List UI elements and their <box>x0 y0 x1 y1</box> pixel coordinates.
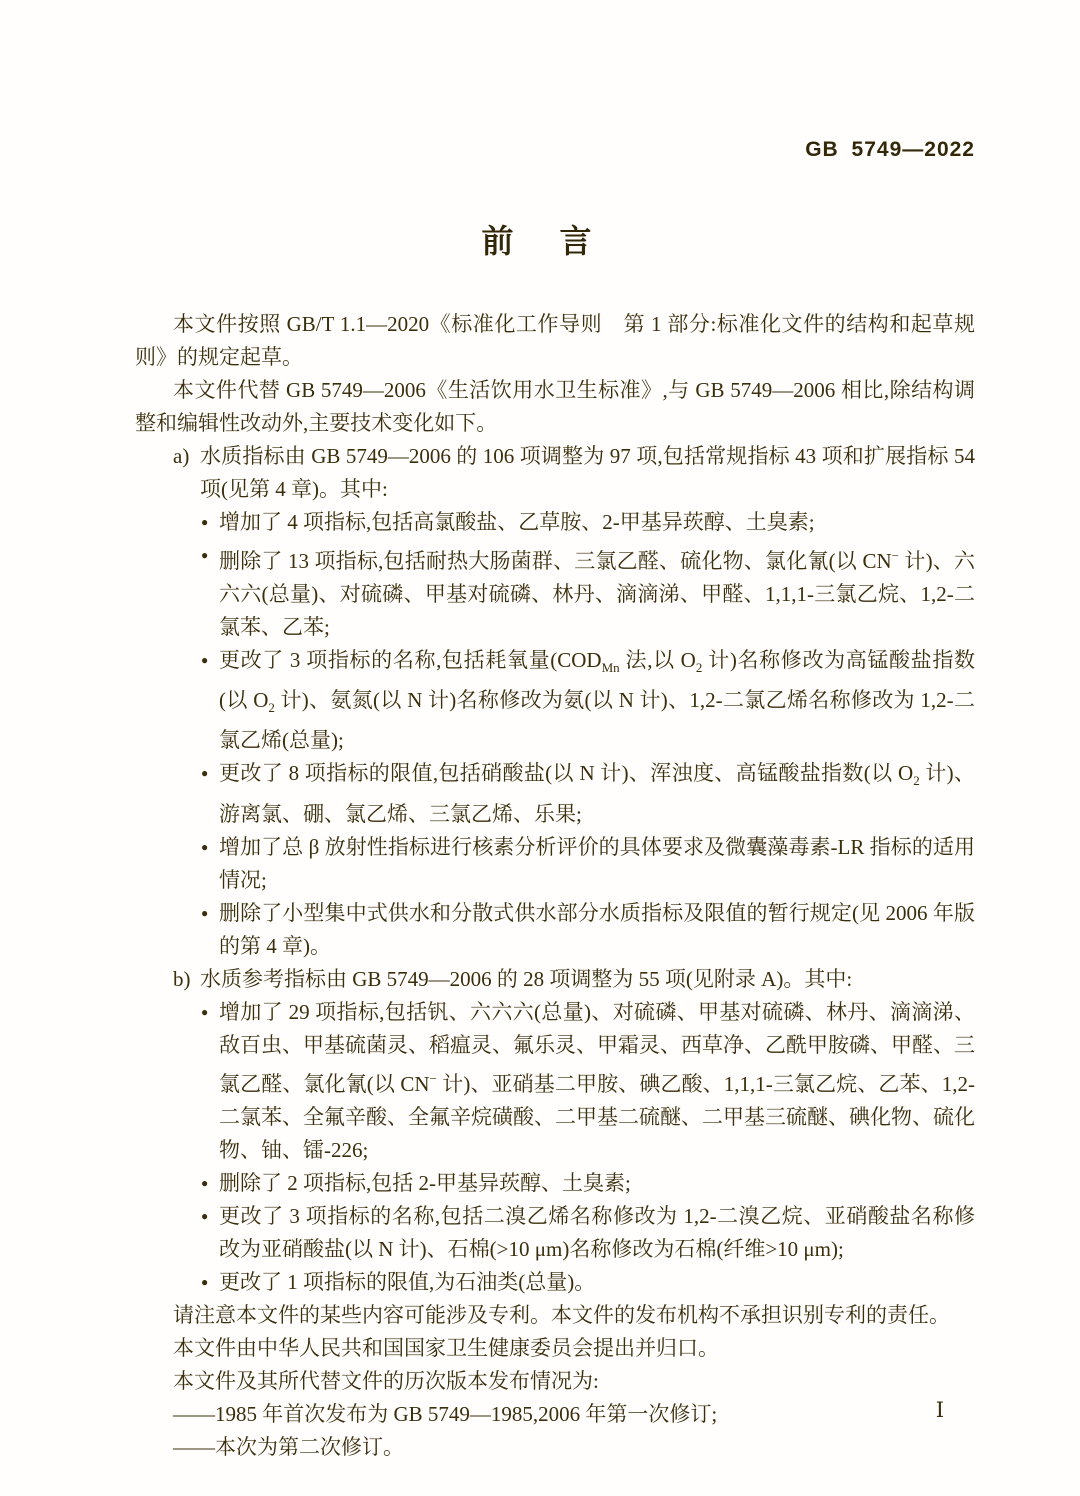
list-marker: b) <box>173 963 191 996</box>
bullet-icon: ● <box>201 1200 208 1233</box>
bullet-icon: ● <box>201 831 208 864</box>
paragraph-text: 更改了 3 项指标的名称,包括二溴乙烯名称修改为 1,2-二溴乙烷、亚硝酸盐名称… <box>219 1204 975 1261</box>
bullet-item: ●更改了 3 项指标的名称,包括二溴乙烯名称修改为 1,2-二溴乙烷、亚硝酸盐名… <box>135 1200 975 1266</box>
bullet-icon: ● <box>201 996 208 1029</box>
foreword-body: 本文件按照 GB/T 1.1—2020《标准化工作导则 第 1 部分:标准化文件… <box>135 308 975 1464</box>
bullet-item: ●增加了 29 项指标,包括钒、六六六(总量)、对硫磷、甲基对硫磷、林丹、滴滴涕… <box>135 996 975 1167</box>
list-marker: a) <box>173 440 189 473</box>
bullet-item: ●增加了总 β 放射性指标进行核素分析评价的具体要求及微囊藻毒素-LR 指标的适… <box>135 831 975 897</box>
bullet-icon: ● <box>201 1167 208 1200</box>
paragraph-text: 本文件及其所代替文件的历次版本发布情况为: <box>173 1369 599 1393</box>
paragraph-text: ——本次为第二次修订。 <box>173 1435 404 1459</box>
paragraph: ——本次为第二次修订。 <box>135 1431 975 1464</box>
paragraph-text: 请注意本文件的某些内容可能涉及专利。本文件的发布机构不承担识别专利的责任。 <box>173 1303 950 1327</box>
bullet-item: ●增加了 4 项指标,包括高氯酸盐、乙草胺、2-甲基异莰醇、土臭素; <box>135 506 975 539</box>
paragraph-text: 水质参考指标由 GB 5749—2006 的 28 项调整为 55 项(见附录 … <box>200 967 852 991</box>
paragraph-text: 本文件按照 GB/T 1.1—2020《标准化工作导则 第 1 部分:标准化文件… <box>135 312 975 369</box>
bullet-item: ●删除了 13 项指标,包括耐热大肠菌群、三氯乙醛、硫化物、氯化氰(以 CN− … <box>135 539 975 644</box>
paragraph-text: 增加了总 β 放射性指标进行核素分析评价的具体要求及微囊藻毒素-LR 指标的适用… <box>219 835 975 892</box>
page-number: Ⅰ <box>936 1398 944 1423</box>
paragraph: 本文件代替 GB 5749—2006《生活饮用水卫生标准》,与 GB 5749—… <box>135 374 975 440</box>
paragraph-text: 水质指标由 GB 5749—2006 的 106 项调整为 97 项,包括常规指… <box>200 444 975 501</box>
list-item-a: a)水质指标由 GB 5749—2006 的 106 项调整为 97 项,包括常… <box>135 440 975 506</box>
bullet-icon: ● <box>201 1266 208 1299</box>
bullet-icon: ● <box>201 897 208 930</box>
paragraph-text: 本文件代替 GB 5749—2006《生活饮用水卫生标准》,与 GB 5749—… <box>135 378 975 435</box>
paragraph-text: ——1985 年首次发布为 GB 5749—1985,2006 年第一次修订; <box>173 1402 717 1426</box>
bullet-item: ●删除了 2 项指标,包括 2-甲基异莰醇、土臭素; <box>135 1167 975 1200</box>
bullet-item: ●更改了 1 项指标的限值,为石油类(总量)。 <box>135 1266 975 1299</box>
doc-number: GB 5749—2022 <box>805 138 975 162</box>
paragraph-text: 更改了 8 项指标的限值,包括硝酸盐(以 N 计)、浑浊度、高锰酸盐指数(以 O… <box>219 761 975 825</box>
bullet-icon: ● <box>201 644 208 677</box>
bullet-item: ●更改了 3 项指标的名称,包括耗氧量(CODMn 法,以 O2 计)名称修改为… <box>135 644 975 757</box>
paragraph-text: 删除了 13 项指标,包括耐热大肠菌群、三氯乙醛、硫化物、氯化氰(以 CN− 计… <box>219 549 975 639</box>
paragraph-text: 删除了小型集中式供水和分散式供水部分水质指标及限值的暂行规定(见 2006 年版… <box>219 901 975 958</box>
paragraph-text: 删除了 2 项指标,包括 2-甲基异莰醇、土臭素; <box>219 1171 631 1195</box>
bullet-item: ●更改了 8 项指标的限值,包括硝酸盐(以 N 计)、浑浊度、高锰酸盐指数(以 … <box>135 757 975 830</box>
page-title: 前 言 <box>0 216 1080 262</box>
paragraph-text: 更改了 3 项指标的名称,包括耗氧量(CODMn 法,以 O2 计)名称修改为高… <box>219 648 975 752</box>
paragraph-text: 增加了 29 项指标,包括钒、六六六(总量)、对硫磷、甲基对硫磷、林丹、滴滴涕、… <box>219 1000 975 1162</box>
bullet-icon: ● <box>201 757 208 790</box>
document-page: GB 5749—2022 前 言 本文件按照 GB/T 1.1—2020《标准化… <box>0 0 1080 1496</box>
paragraph: ——1985 年首次发布为 GB 5749—1985,2006 年第一次修订; <box>135 1398 975 1431</box>
bullet-icon: ● <box>201 506 208 539</box>
paragraph-text: 本文件由中华人民共和国国家卫生健康委员会提出并归口。 <box>173 1336 719 1360</box>
paragraph: 本文件由中华人民共和国国家卫生健康委员会提出并归口。 <box>135 1332 975 1365</box>
paragraph: 本文件及其所代替文件的历次版本发布情况为: <box>135 1365 975 1398</box>
list-item-b: b)水质参考指标由 GB 5749—2006 的 28 项调整为 55 项(见附… <box>135 963 975 996</box>
bullet-icon: ● <box>201 539 208 572</box>
paragraph: 本文件按照 GB/T 1.1—2020《标准化工作导则 第 1 部分:标准化文件… <box>135 308 975 374</box>
paragraph: 请注意本文件的某些内容可能涉及专利。本文件的发布机构不承担识别专利的责任。 <box>135 1299 975 1332</box>
paragraph-text: 增加了 4 项指标,包括高氯酸盐、乙草胺、2-甲基异莰醇、土臭素; <box>219 510 815 534</box>
paragraph-text: 更改了 1 项指标的限值,为石油类(总量)。 <box>219 1270 595 1294</box>
bullet-item: ●删除了小型集中式供水和分散式供水部分水质指标及限值的暂行规定(见 2006 年… <box>135 897 975 963</box>
